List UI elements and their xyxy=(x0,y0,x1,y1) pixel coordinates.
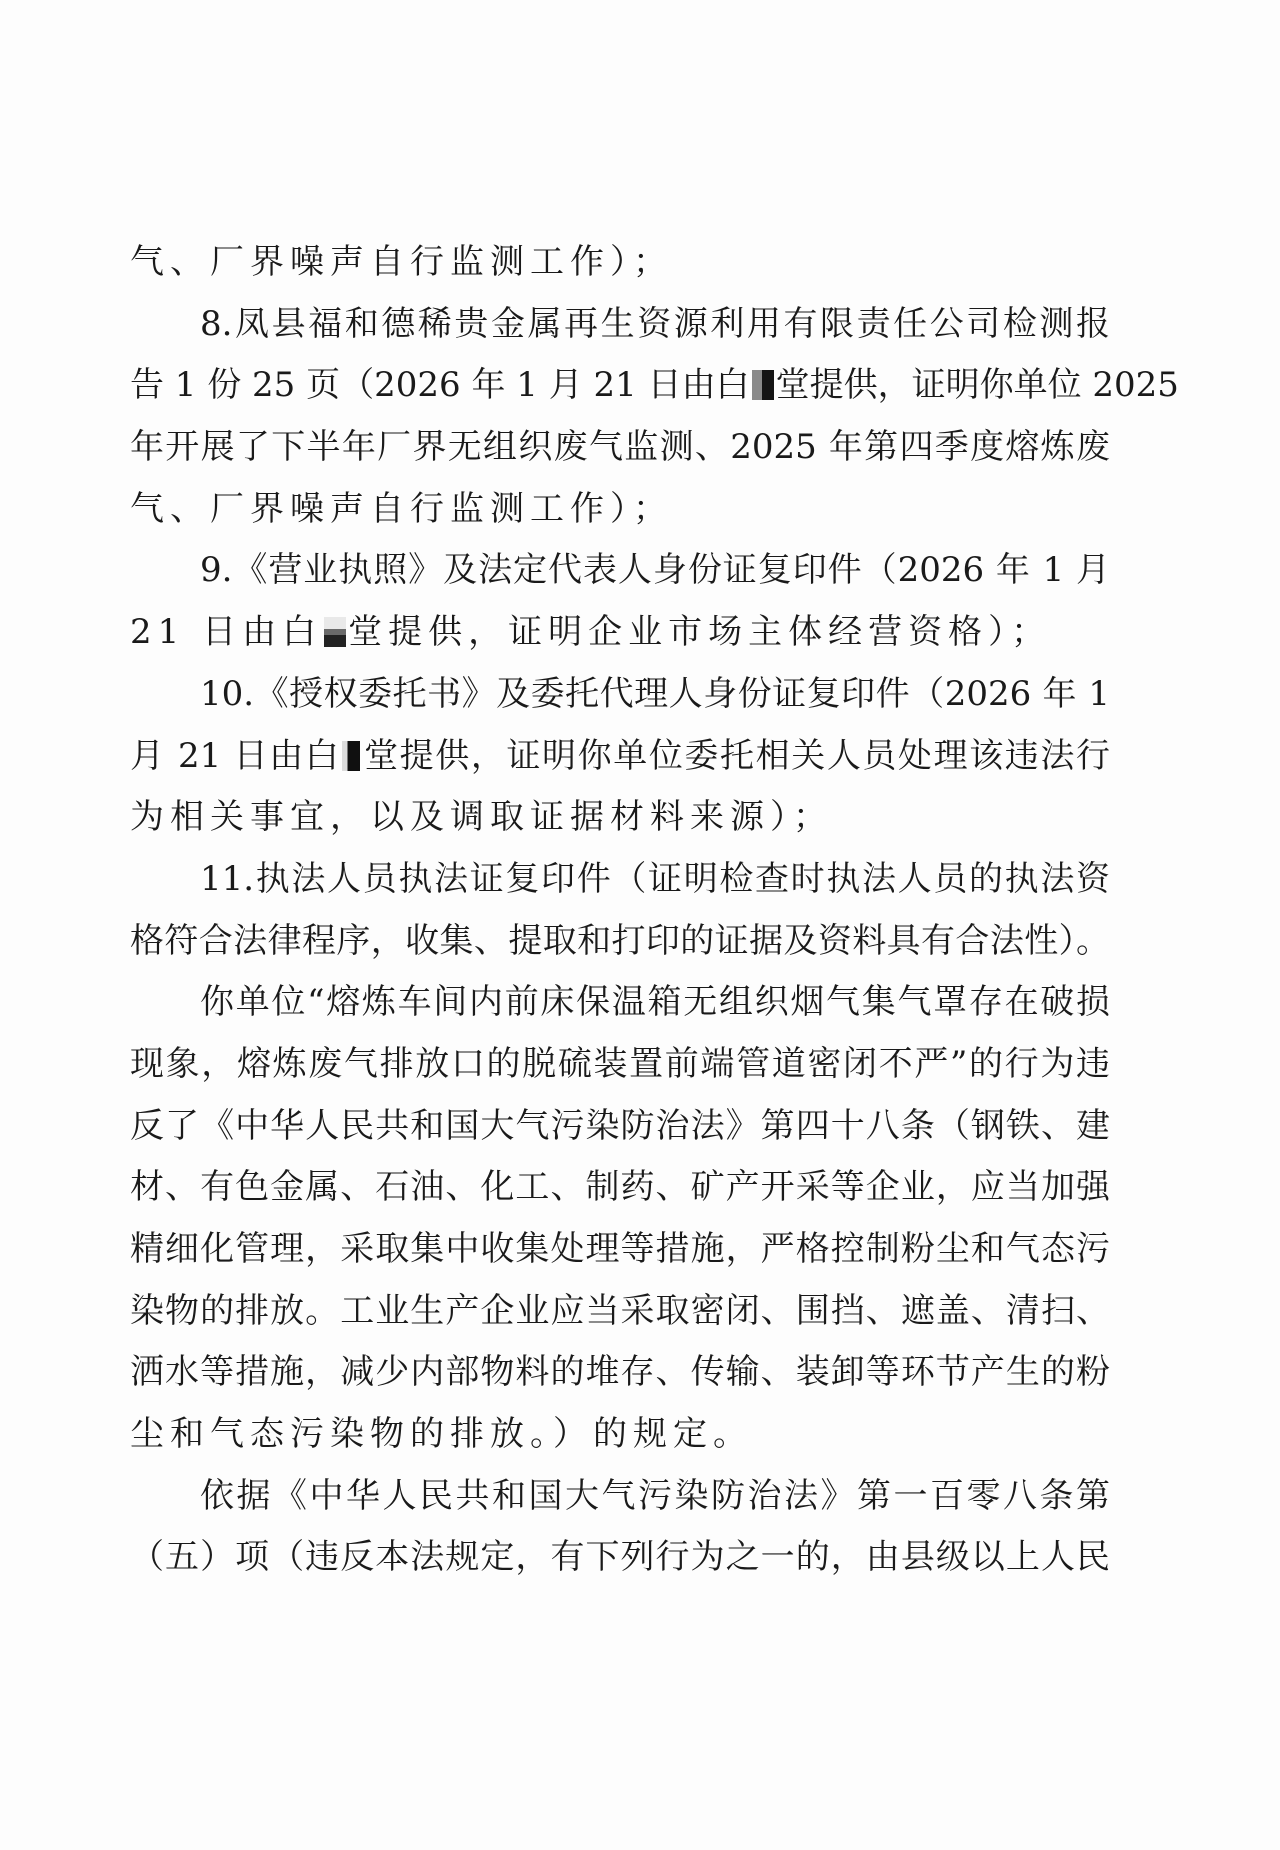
violation-paragraph-start: 你单位“熔炼车间内前床保温箱无组织烟气集气罩存在破损 xyxy=(130,972,1110,1034)
text-line: （五）项（违反本法规定，有下列行为之一的，由县级以上人民 xyxy=(130,1527,1110,1589)
legal-basis-paragraph-start: 依据《中华人民共和国大气污染防治法》第一百零八条第 xyxy=(130,1466,1110,1528)
text-line: 月 21 日由白堂提供，证明你单位委托相关人员处理该违法行 xyxy=(130,726,1110,788)
text-line: 气、厂界噪声自行监测工作）； xyxy=(130,479,1110,541)
text-line: 为相关事宜，以及调取证据材料来源）； xyxy=(130,787,1110,849)
text-line: 21 日由白堂提供，证明企业市场主体经营资格）； xyxy=(130,602,1110,664)
text-line: 气、厂界噪声自行监测工作）； xyxy=(130,232,1110,294)
text-line: 现象，熔炼废气排放口的脱硫装置前端管道密闭不严”的行为违 xyxy=(130,1034,1110,1096)
text-segment: 堂提供，证明你单位委托相关人员处理该违法行 xyxy=(362,736,1110,776)
evidence-item-8: 8.凤县福和德稀贵金属再生资源利用有限责任公司检测报 xyxy=(130,294,1110,356)
text-segment: 21 日由白 xyxy=(130,612,322,652)
text-line: 年开展了下半年厂界无组织废气监测、2025 年第四季度熔炼废 xyxy=(130,417,1110,479)
text-segment: 告 1 份 25 页（2026 年 1 月 21 日由白 xyxy=(130,365,750,405)
text-line: 格符合法律程序，收集、提取和打印的证据及资料具有合法性）。 xyxy=(130,911,1110,973)
redacted-name-block xyxy=(342,741,360,771)
text-line: 精细化管理，采取集中收集处理等措施，严格控制粉尘和气态污 xyxy=(130,1219,1110,1281)
text-segment: 堂提供，证明企业市场主体经营资格）； xyxy=(348,612,1051,652)
text-line: 材、有色金属、石油、化工、制药、矿产开采等企业，应当加强 xyxy=(130,1157,1110,1219)
text-segment: 堂提供，证明你单位 2025 xyxy=(776,365,1179,405)
evidence-item-9: 9.《营业执照》及法定代表人身份证复印件（2026 年 1 月 xyxy=(130,540,1110,602)
text-line: 染物的排放。工业生产企业应当采取密闭、围挡、遮盖、清扫、 xyxy=(130,1281,1110,1343)
text-line: 尘和气态污染物的排放。）的规定。 xyxy=(130,1404,1110,1466)
text-segment: 月 21 日由白 xyxy=(130,736,340,776)
document-page: 气、厂界噪声自行监测工作）； 8.凤县福和德稀贵金属再生资源利用有限责任公司检测… xyxy=(0,0,1280,1850)
redacted-name-block xyxy=(324,617,346,647)
text-line: 告 1 份 25 页（2026 年 1 月 21 日由白堂提供，证明你单位 20… xyxy=(130,355,1110,417)
evidence-item-11: 11.执法人员执法证复印件（证明检查时执法人员的执法资 xyxy=(130,849,1110,911)
redacted-name-block xyxy=(752,370,774,400)
text-line: 洒水等措施，减少内部物料的堆存、传输、装卸等环节产生的粉 xyxy=(130,1342,1110,1404)
text-line: 反了《中华人民共和国大气污染防治法》第四十八条（钢铁、建 xyxy=(130,1096,1110,1158)
document-body: 气、厂界噪声自行监测工作）； 8.凤县福和德稀贵金属再生资源利用有限责任公司检测… xyxy=(130,232,1110,1589)
evidence-item-10: 10.《授权委托书》及委托代理人身份证复印件（2026 年 1 xyxy=(130,664,1110,726)
